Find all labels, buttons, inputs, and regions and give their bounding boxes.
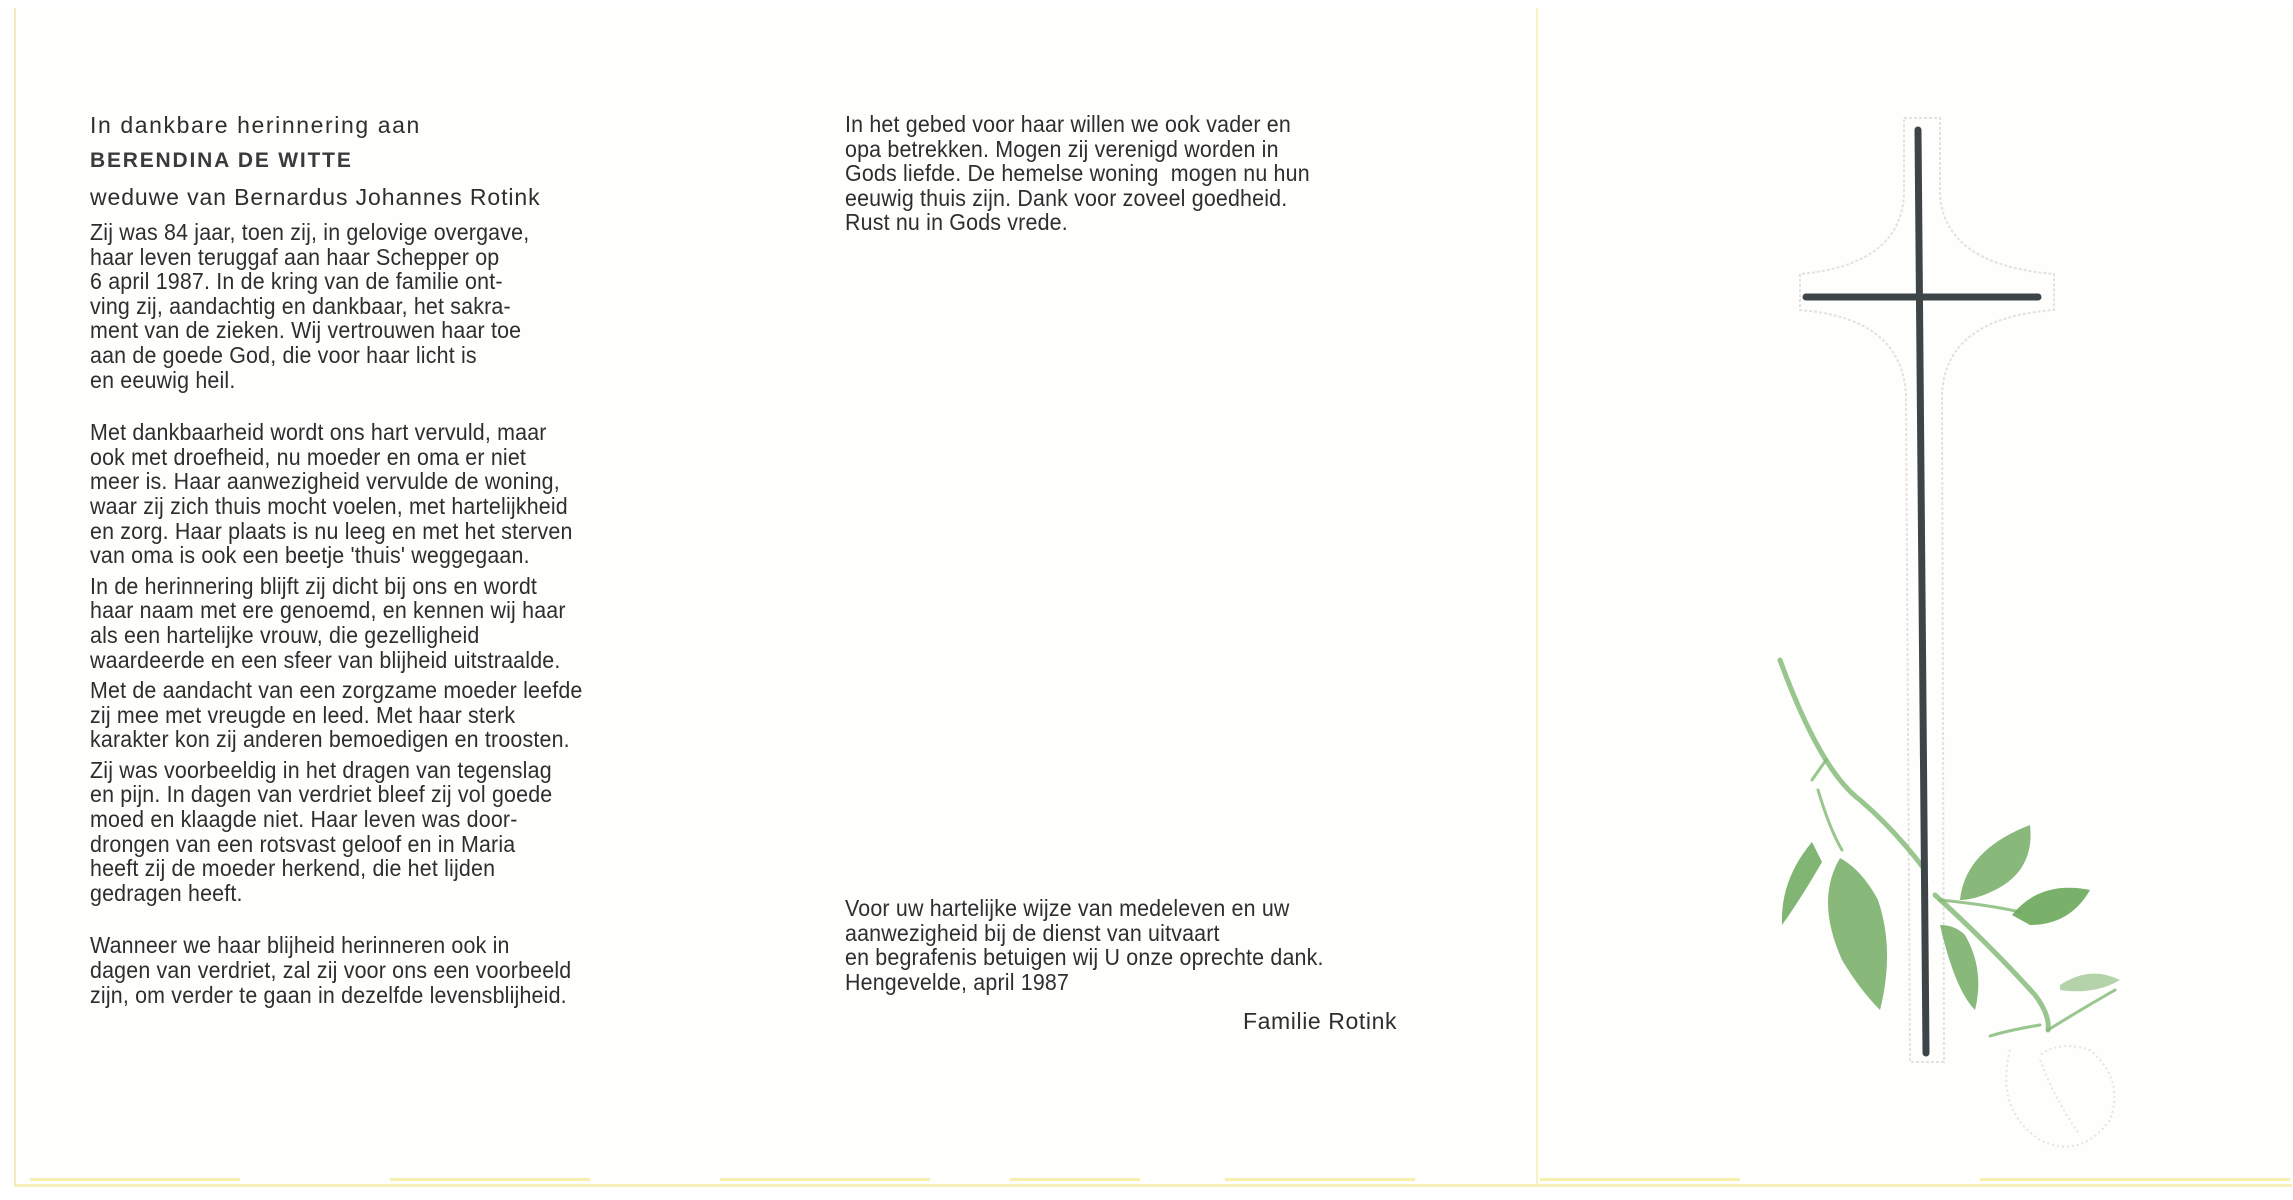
cross-illustration — [1538, 8, 2290, 1184]
deceased-name: BERENDINA DE WITTE — [90, 148, 780, 174]
biography-text: Zij was 84 jaar, toen zij, in gelovige o… — [90, 220, 780, 1007]
middle-panel: In het gebed voor haar willen we ook vad… — [845, 112, 1525, 235]
biography-paragraph: Met dankbaarheid wordt ons hart vervuld,… — [90, 420, 732, 568]
left-panel: In dankbare herinnering aan BERENDINA DE… — [90, 112, 780, 1013]
rosebud-icon — [2006, 1046, 2114, 1147]
paper-edge-mark — [1010, 1178, 1140, 1181]
paper-edge-mark — [720, 1178, 930, 1181]
paper-edge-mark — [390, 1178, 590, 1181]
leaf-icon — [1782, 825, 2120, 1010]
thanks-paragraph: Voor uw hartelijke wijze van medeleven e… — [845, 896, 1324, 994]
paper-edge-mark — [1225, 1178, 1415, 1181]
biography-paragraph: Zij was 84 jaar, toen zij, in gelovige o… — [90, 220, 732, 392]
prayer-paragraph: In het gebed voor haar willen we ook vad… — [845, 112, 1477, 235]
thanks-block: Voor uw hartelijke wijze van medeleven e… — [845, 896, 1360, 994]
biography-paragraph: Zij was voorbeeldig in het dragen van te… — [90, 758, 732, 906]
paper-edge-mark — [30, 1178, 240, 1181]
biography-paragraph: Met de aandacht van een zorgzame moeder … — [90, 678, 732, 752]
biography-paragraph: In de herinnering blijft zij dicht bij o… — [90, 574, 732, 672]
biography-paragraph: Wanneer we haar blijheid herinneren ook … — [90, 933, 732, 1007]
leafy-branch-icon — [1780, 660, 2115, 1036]
memorial-intro: In dankbare herinnering aan — [90, 112, 780, 138]
family-signature: Familie Rotink — [1243, 1008, 1397, 1035]
widow-of-line: weduwe van Bernardus Johannes Rotink — [90, 184, 780, 210]
